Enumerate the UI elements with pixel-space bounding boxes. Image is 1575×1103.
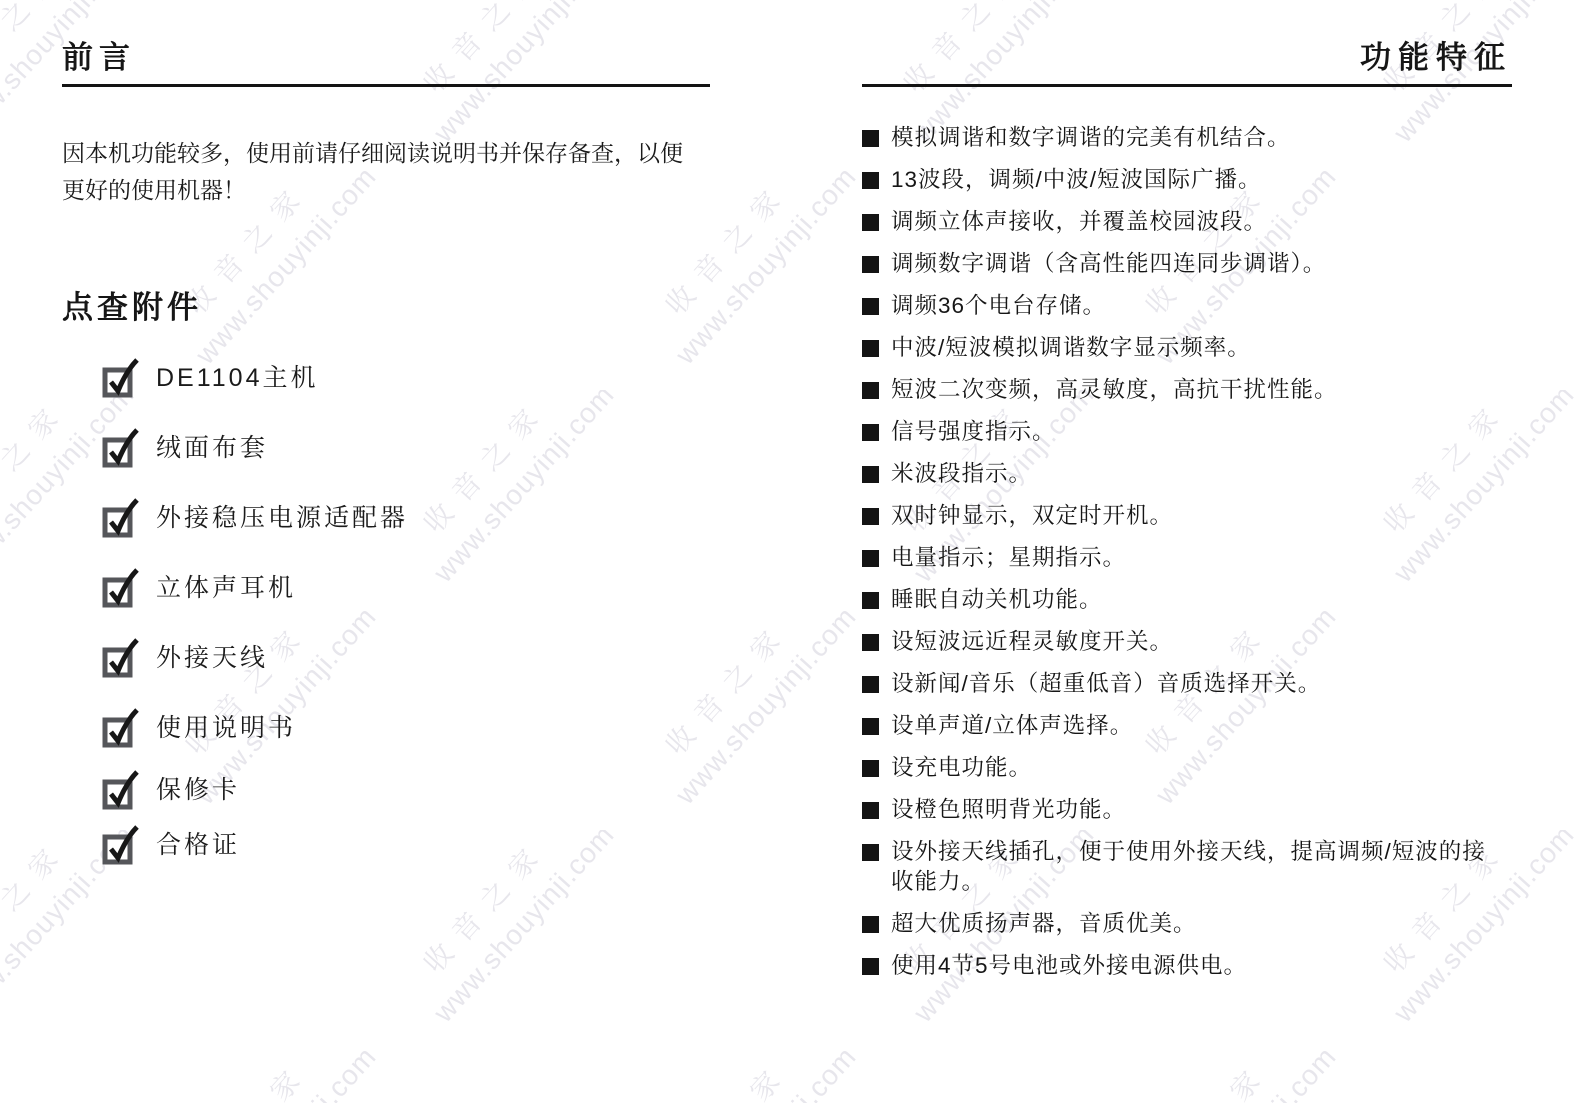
square-bullet-icon [862,466,879,483]
feature-text: 设单声道/立体声选择。 [891,711,1133,741]
checked-checkbox-icon [102,636,140,680]
square-bullet-icon [862,214,879,231]
checklist-item-label: DE1104主机 [156,358,319,394]
feature-text: 米波段指示。 [891,459,1032,489]
checklist-item-label: 保修卡 [156,770,240,806]
manual-page-spread: 收音之家 www.shouyinji.com 前言 因本机功能较多，使用前请仔细… [0,0,1575,1103]
page-content: 前言 因本机功能较多，使用前请仔细阅读说明书并保存备查，以便 更好的使用机器！ … [0,0,1575,1103]
square-bullet-icon [862,340,879,357]
feature-text: 设充电功能。 [891,753,1032,783]
square-bullet-icon [862,802,879,819]
checklist-item: DE1104主机 [102,355,710,397]
square-bullet-icon [862,508,879,525]
feature-text: 调频36个电台存储。 [891,291,1106,321]
feature-text: 电量指示；星期指示。 [891,543,1126,573]
feature-item: 短波二次变频，高灵敏度，高抗干扰性能。 [862,375,1486,405]
feature-item: 调频立体声接收，并覆盖校园波段。 [862,207,1486,237]
square-bullet-icon [862,424,879,441]
feature-text: 13波段，调频/中波/短波国际广播。 [891,165,1262,195]
checklist-item: 立体声耳机 [102,565,710,607]
intro-paragraph: 因本机功能较多，使用前请仔细阅读说明书并保存备查，以便 更好的使用机器！ [62,135,710,209]
square-bullet-icon [862,958,879,975]
checked-checkbox-icon [102,566,140,610]
square-bullet-icon [862,634,879,651]
square-bullet-icon [862,760,879,777]
page-title-features: 功能特征 [862,36,1512,80]
feature-item: 调频36个电台存储。 [862,291,1486,321]
checklist-item: 外接稳压电源适配器 [102,495,710,537]
page-title-preface: 前言 [62,36,710,80]
feature-text: 设新闻/音乐（超重低音）音质选择开关。 [891,669,1321,699]
checklist-item: 外接天线 [102,635,710,677]
checklist-item-label: 外接天线 [156,638,268,674]
title-rule-right [862,84,1512,87]
feature-list: 模拟调谐和数字调谐的完美有机结合。 13波段，调频/中波/短波国际广播。 调频立… [862,123,1486,981]
feature-item: 超大优质扬声器，音质优美。 [862,909,1486,939]
feature-item: 设单声道/立体声选择。 [862,711,1486,741]
checked-checkbox-icon [102,823,140,867]
left-page-column: 前言 因本机功能较多，使用前请仔细阅读说明书并保存备查，以便 更好的使用机器！ … [62,36,710,892]
checklist-item: 合格证 [102,822,710,864]
feature-text: 设外接天线插孔，便于使用外接天线，提高调频/短波的接收能力。 [891,837,1486,897]
square-bullet-icon [862,916,879,933]
intro-line: 更好的使用机器！ [62,172,710,209]
feature-text: 使用4节5号电池或外接电源供电。 [891,951,1247,981]
feature-item: 中波/短波模拟调谐数字显示频率。 [862,333,1486,363]
feature-text: 调频立体声接收，并覆盖校园波段。 [891,207,1267,237]
feature-item: 设新闻/音乐（超重低音）音质选择开关。 [862,669,1486,699]
feature-text: 设橙色照明背光功能。 [891,795,1126,825]
feature-item: 调频数字调谐（含高性能四连同步调谐）。 [862,249,1486,279]
intro-line: 因本机功能较多，使用前请仔细阅读说明书并保存备查，以便 [62,135,710,172]
square-bullet-icon [862,592,879,609]
feature-text: 超大优质扬声器，音质优美。 [891,909,1197,939]
checked-checkbox-icon [102,768,140,812]
feature-item: 13波段，调频/中波/短波国际广播。 [862,165,1486,195]
feature-text: 睡眠自动关机功能。 [891,585,1103,615]
checklist-section-title: 点查附件 [62,287,710,329]
feature-item: 设短波远近程灵敏度开关。 [862,627,1486,657]
feature-item: 信号强度指示。 [862,417,1486,447]
feature-item: 米波段指示。 [862,459,1486,489]
square-bullet-icon [862,130,879,147]
feature-text: 调频数字调谐（含高性能四连同步调谐）。 [891,249,1326,279]
feature-item: 双时钟显示，双定时开机。 [862,501,1486,531]
square-bullet-icon [862,172,879,189]
feature-text: 设短波远近程灵敏度开关。 [891,627,1173,657]
feature-item: 设充电功能。 [862,753,1486,783]
square-bullet-icon [862,718,879,735]
checked-checkbox-icon [102,426,140,470]
feature-text: 信号强度指示。 [891,417,1056,447]
checklist-item: 绒面布套 [102,425,710,467]
feature-item: 设橙色照明背光功能。 [862,795,1486,825]
feature-item: 使用4节5号电池或外接电源供电。 [862,951,1486,981]
checked-checkbox-icon [102,496,140,540]
feature-item: 设外接天线插孔，便于使用外接天线，提高调频/短波的接收能力。 [862,837,1486,897]
checklist-item-label: 绒面布套 [156,428,268,464]
feature-item: 模拟调谐和数字调谐的完美有机结合。 [862,123,1486,153]
checklist-item-label: 立体声耳机 [156,568,296,604]
title-rule-left [62,84,710,87]
checklist-item-label: 外接稳压电源适配器 [156,498,408,534]
feature-item: 睡眠自动关机功能。 [862,585,1486,615]
feature-text: 短波二次变频，高灵敏度，高抗干扰性能。 [891,375,1338,405]
square-bullet-icon [862,256,879,273]
right-page-column: 功能特征 模拟调谐和数字调谐的完美有机结合。 13波段，调频/中波/短波国际广播… [862,36,1512,993]
square-bullet-icon [862,298,879,315]
feature-item: 电量指示；星期指示。 [862,543,1486,573]
feature-text: 模拟调谐和数字调谐的完美有机结合。 [891,123,1291,153]
feature-text: 中波/短波模拟调谐数字显示频率。 [891,333,1251,363]
square-bullet-icon [862,550,879,567]
checked-checkbox-icon [102,356,140,400]
feature-text: 双时钟显示，双定时开机。 [891,501,1173,531]
checklist-item: 保修卡 [102,767,710,809]
checklist-item: 使用说明书 [102,705,710,747]
square-bullet-icon [862,844,879,861]
checked-checkbox-icon [102,706,140,750]
square-bullet-icon [862,676,879,693]
accessories-checklist: DE1104主机 绒面布套 外接稳压电源适配器 立体声耳机 外接天线 [62,355,710,864]
square-bullet-icon [862,382,879,399]
checklist-item-label: 使用说明书 [156,708,296,744]
checklist-item-label: 合格证 [156,825,240,861]
